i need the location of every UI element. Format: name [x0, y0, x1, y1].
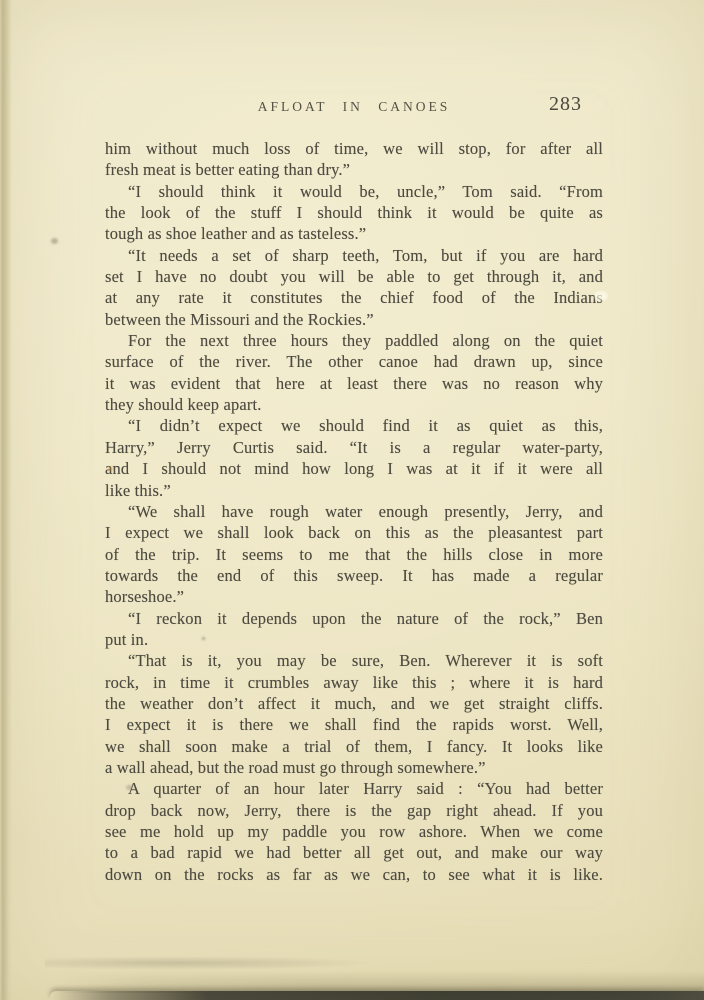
paragraph: him without much loss of time, we will s… [105, 138, 603, 181]
text-line: see me hold up my paddle you row ashore.… [105, 821, 603, 842]
text-line: A quarter of an hour later Harry said : … [105, 778, 603, 799]
paper-sheen [594, 291, 608, 301]
paper-speck [202, 637, 205, 640]
text-line: put in. [105, 629, 603, 650]
text-line: fresh meat is better eating than dry.” [105, 159, 603, 180]
paper-speck [108, 467, 113, 471]
text-line: drop back now, Jerry, there is the gap r… [105, 800, 603, 821]
text-line: to a bad rapid we had better all get out… [105, 842, 603, 863]
text-line: down on the rocks as far as we can, to s… [105, 864, 603, 885]
text-line: “That is it, you may be sure, Ben. Where… [105, 650, 603, 671]
paragraph: For the next three hours they paddled al… [105, 330, 603, 415]
text-line: like this.” [105, 480, 603, 501]
paragraph: “That is it, you may be sure, Ben. Where… [105, 650, 603, 778]
text-line: “We shall have rough water enough presen… [105, 501, 603, 522]
text-line: Harry,” Jerry Curtis said. “It is a regu… [105, 437, 603, 458]
text-line: him without much loss of time, we will s… [105, 138, 603, 159]
text-line: and I should not mind how long I was at … [105, 458, 603, 479]
text-line: “I didn’t expect we should find it as qu… [105, 415, 603, 436]
text-line: it was evident that here at least there … [105, 373, 603, 394]
text-line: a wall ahead, but the road must go throu… [105, 757, 603, 778]
text-line: of the trip. It seems to me that the hil… [105, 544, 603, 565]
running-title: AFLOAT IN CANOES [105, 95, 603, 119]
text-line: I expect we shall look back on this as t… [105, 522, 603, 543]
book-edge-shadow [50, 991, 704, 1000]
book-page-scan: AFLOAT IN CANOES 283 him without much lo… [0, 0, 704, 1000]
paper-shadow-streak [45, 956, 375, 970]
text-line: “It needs a set of sharp teeth, Tom, but… [105, 245, 603, 266]
text-line: set I have no doubt you will be able to … [105, 266, 603, 287]
text-line: “I reckon it depends upon the nature of … [105, 608, 603, 629]
paragraph: A quarter of an hour later Harry said : … [105, 778, 603, 885]
text-line: rock, in time it crumbles away like this… [105, 672, 603, 693]
paragraph: “We shall have rough water enough presen… [105, 501, 603, 608]
text-line: we shall soon make a trial of them, I fa… [105, 736, 603, 757]
paragraph: “I reckon it depends upon the nature of … [105, 608, 603, 651]
page-body: him without much loss of time, we will s… [105, 138, 603, 885]
page-header: AFLOAT IN CANOES 283 [105, 95, 603, 119]
text-line: the look of the stuff I should think it … [105, 202, 603, 223]
text-line: I expect it is there we shall find the r… [105, 714, 603, 735]
text-line: they should keep apart. [105, 394, 603, 415]
text-line: between the Missouri and the Rockies.” [105, 309, 603, 330]
text-line: towards the end of this sweep. It has ma… [105, 565, 603, 586]
text-line: For the next three hours they paddled al… [105, 330, 603, 351]
paper-speck [126, 785, 133, 790]
text-line: the weather don’t affect it much, and we… [105, 693, 603, 714]
text-line: surface of the river. The other canoe ha… [105, 351, 603, 372]
text-line: horseshoe.” [105, 586, 603, 607]
page-bottom-shadow [55, 971, 704, 993]
paragraph: “It needs a set of sharp teeth, Tom, but… [105, 245, 603, 330]
text-line: at any rate it constitutes the chief foo… [105, 287, 603, 308]
page-left-edge-shading [0, 0, 12, 1000]
text-line: “I should think it would be, uncle,” Tom… [105, 181, 603, 202]
paper-speck [51, 238, 58, 244]
paragraph: “I should think it would be, uncle,” Tom… [105, 181, 603, 245]
page-number: 283 [549, 91, 582, 117]
text-line: tough as shoe leather and as tasteless.” [105, 223, 603, 244]
paragraph: “I didn’t expect we should find it as qu… [105, 415, 603, 500]
